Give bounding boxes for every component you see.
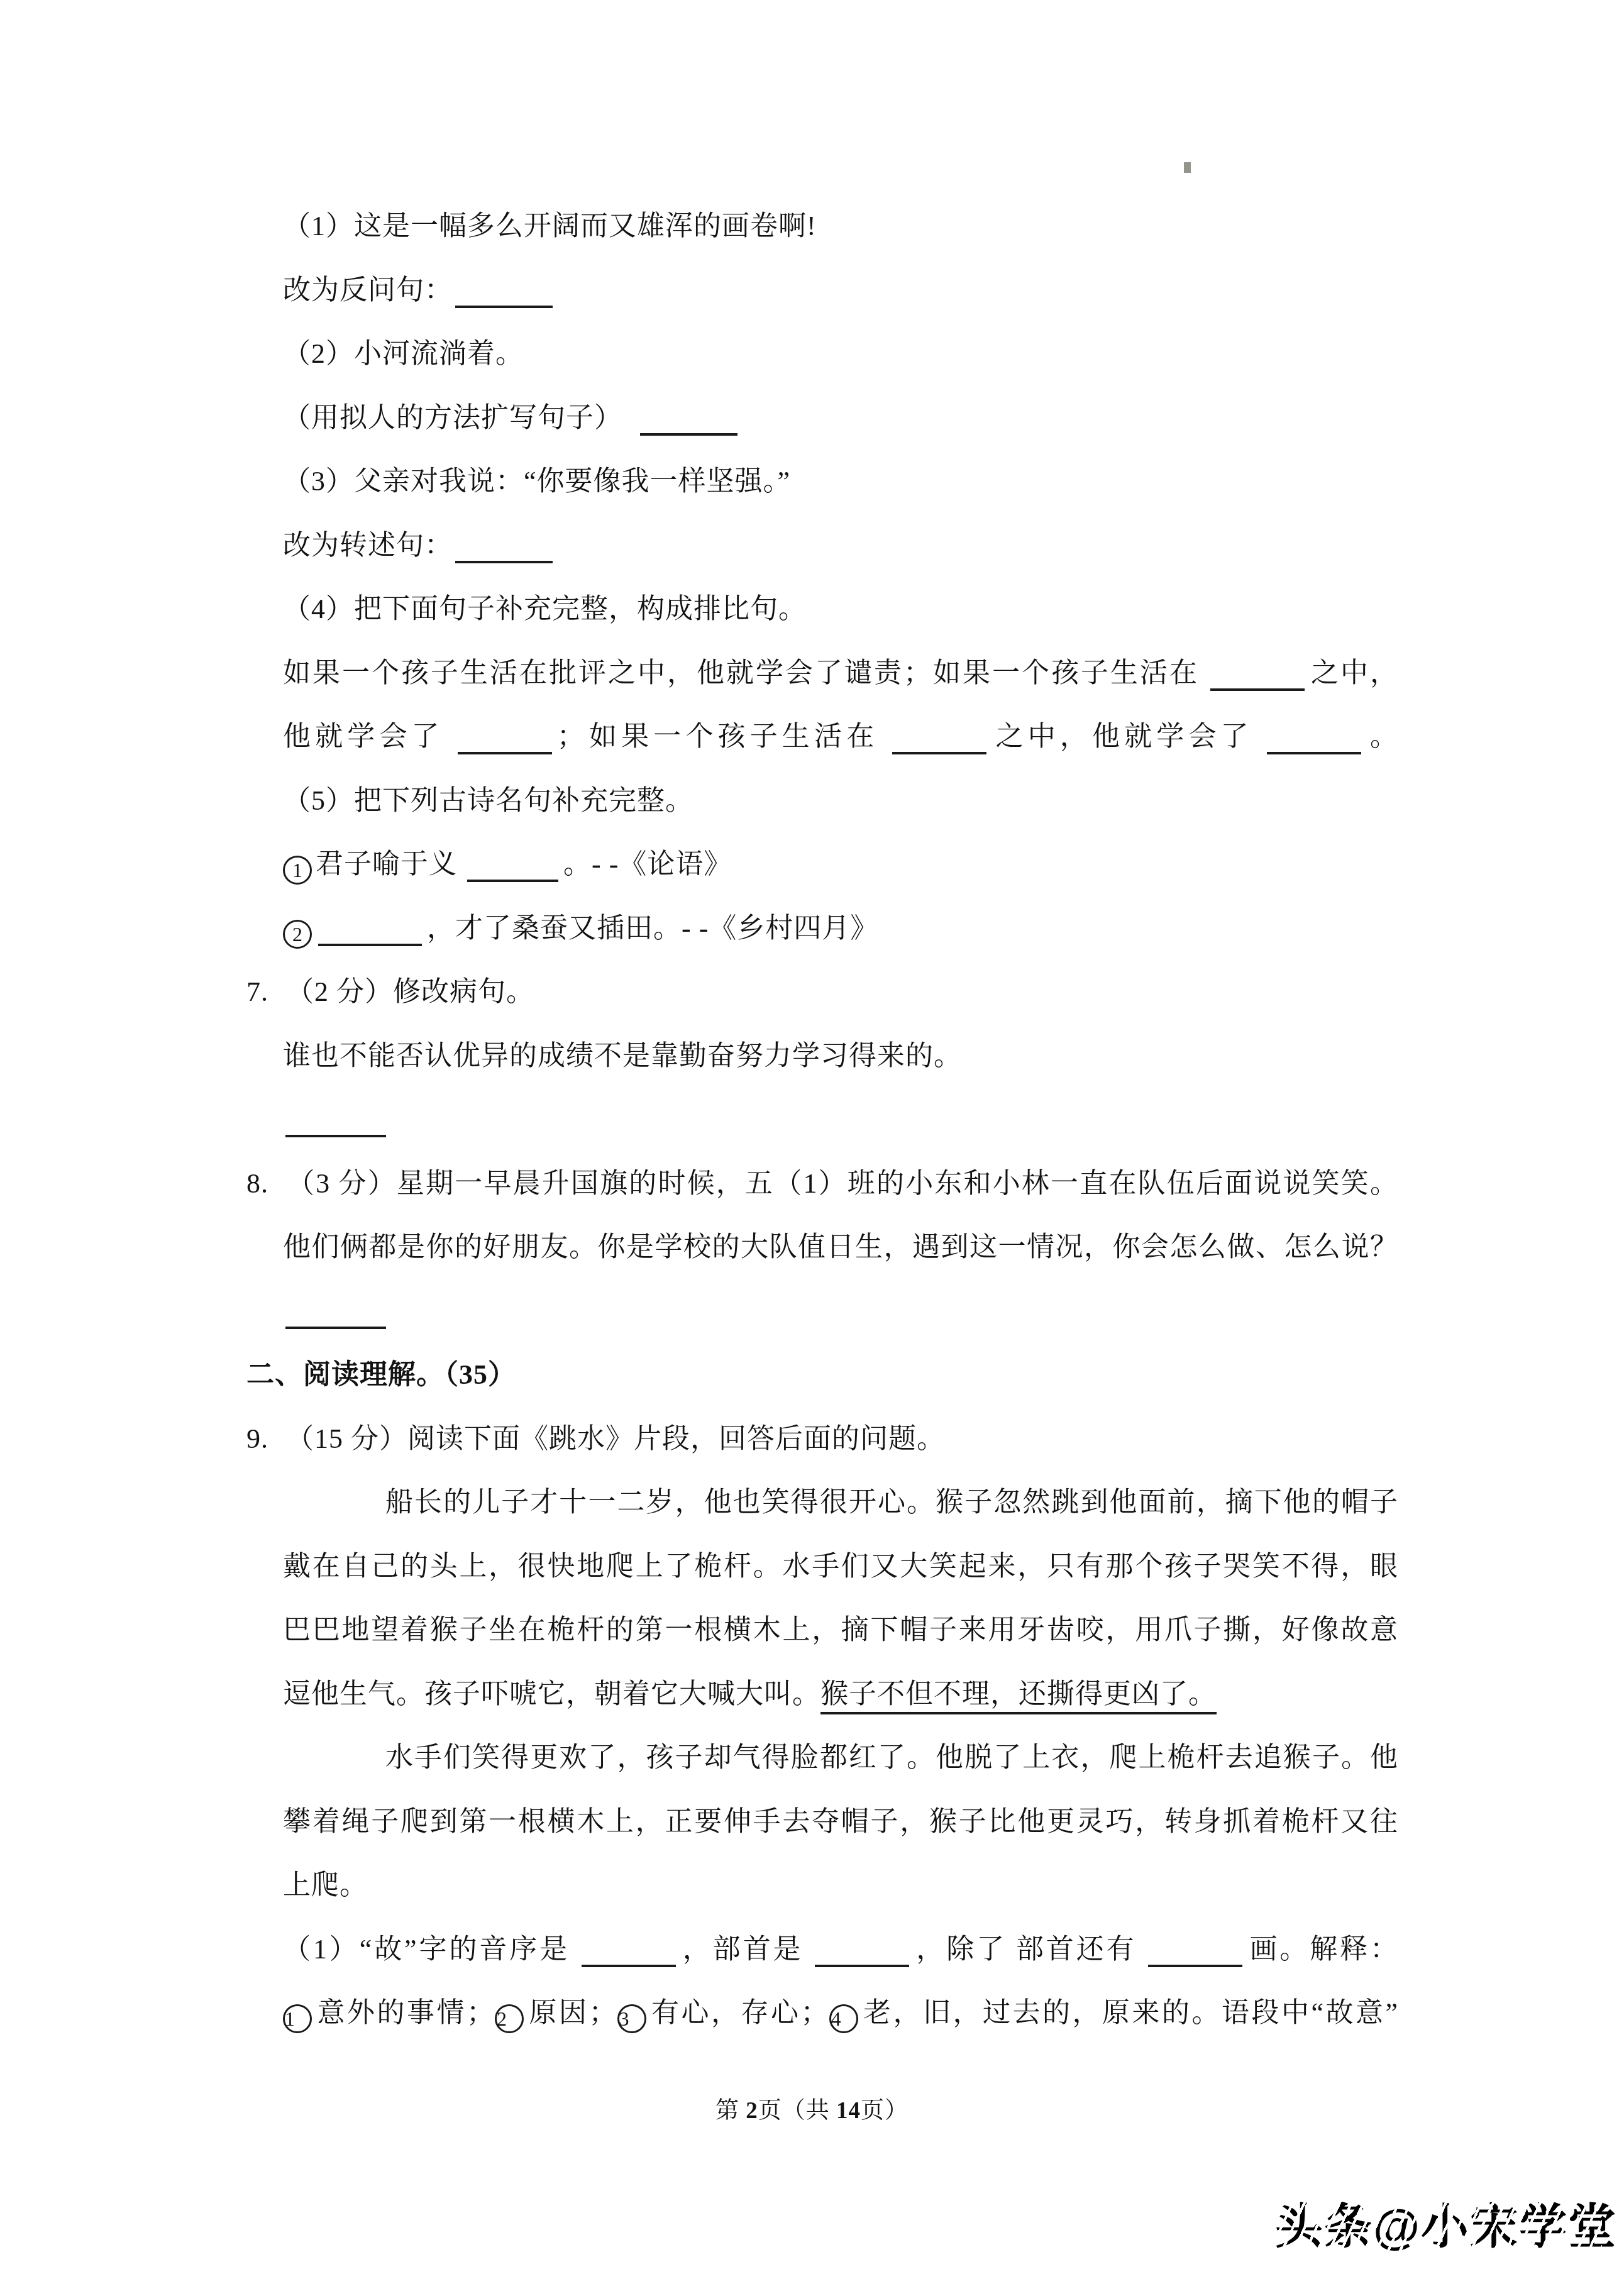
circled-number: 1 <box>283 2004 312 2033</box>
text-run: 第 <box>715 2098 746 2124</box>
document-line: 改为反问句： <box>283 258 1398 323</box>
text-run: 如果一个孩子生活在批评之中，他就学会了谴责；如果一个孩子生活在 <box>283 658 1208 688</box>
document-line: 9.（15 分）阅读下面《跳水》片段，回答后面的问题。 <box>246 1407 1398 1471</box>
document-line: 2，才了桑蚕又插田。- -《乡村四月》 <box>283 897 1398 961</box>
text-run: （3 分）星期一早晨升国旗的时候，五（1）班的小东和小林一直在队伍后面说说笑笑。 <box>286 1168 1398 1199</box>
text-run: 改为转述句： <box>283 530 453 561</box>
text-run: 上爬。 <box>283 1870 368 1901</box>
document-line: 他就学会了 ；如果一个孩子生活在 之中，他就学会了 。 <box>283 705 1398 769</box>
document-line: （2）小河流淌着。 <box>283 322 1398 386</box>
text-run: 攀着绳子爬到第一根横木上，正要伸手去夺帽子，猴子比他更灵巧，转身抓着桅杆又往 <box>283 1806 1398 1837</box>
document-line: 1意外的事情；2原因；3有心，存心；4老，旧，过去的，原来的。语段中“故意” <box>283 1981 1398 2045</box>
answer-blank <box>892 727 986 754</box>
document-line: （3）父亲对我说：“你要像我一样坚强。” <box>283 450 1398 514</box>
document-line: 改为转述句： <box>283 514 1398 578</box>
document-line: （1）这是一幅多么开阔而又雄浑的画卷啊! <box>283 194 1398 258</box>
document-content: （1）这是一幅多么开阔而又雄浑的画卷啊!改为反问句：（2）小河流淌着。（用拟人的… <box>246 194 1398 2045</box>
text-run: （2 分）修改病句。 <box>286 976 534 1007</box>
circled-number: 2 <box>283 920 312 949</box>
text-run: 2 <box>746 2098 758 2124</box>
text-run: 船长的儿子才十一二岁，他也笑得很开心。猴子忽然跳到他面前，摘下他的帽子 <box>385 1487 1398 1518</box>
answer-blank <box>582 1940 676 1967</box>
document-line: （5）把下列古诗名句补充完整。 <box>283 769 1398 833</box>
document-line <box>283 1088 1398 1152</box>
text-run: 页） <box>861 2098 909 2124</box>
text-run: 老，旧，过去的，原来的。语段中“故意” <box>862 1997 1399 2028</box>
scan-artifact-speck <box>1184 162 1191 173</box>
text-run: 他们俩都是你的好朋友。你是学校的大队值日生，遇到这一情况，你会怎么做、怎么说？ <box>283 1232 1398 1262</box>
answer-blank <box>1267 727 1361 754</box>
text-run: 。 <box>1366 721 1398 752</box>
text-run: （5）把下列古诗名句补充完整。 <box>283 785 693 816</box>
exam-paper-page: （1）这是一幅多么开阔而又雄浑的画卷啊!改为反问句：（2）小河流淌着。（用拟人的… <box>0 0 1624 2296</box>
text-run: 。- -《论语》 <box>563 849 732 880</box>
text-run: 他就学会了 <box>283 721 455 752</box>
document-line: 7.（2 分）修改病句。 <box>246 960 1398 1024</box>
answer-blank <box>640 408 737 436</box>
document-line: 戴在自己的头上，很快地爬上了桅杆。水手们又大笑起来，只有那个孩子哭笑不得，眼 <box>283 1535 1398 1599</box>
text-run: 改为反问句： <box>283 275 453 306</box>
document-line: 二、阅读理解。（35） <box>246 1343 1398 1407</box>
text-run: ，除了 部首还有 <box>914 1934 1146 1965</box>
document-line: 8.（3 分）星期一早晨升国旗的时候，五（1）班的小东和小林一直在队伍后面说说笑… <box>246 1152 1398 1216</box>
text-run: 谁也不能否认优异的成绩不是靠勤奋努力学习得来的。 <box>283 1040 962 1071</box>
text-run: ，部首是 <box>681 1934 812 1965</box>
answer-blank <box>1210 663 1305 691</box>
document-line: 1君子喻于义 。- -《论语》 <box>283 832 1398 897</box>
circled-number: 1 <box>283 856 312 885</box>
page-footer: 第 2页（共 14页） <box>0 2089 1624 2134</box>
document-line: 攀着绳子爬到第一根横木上，正要伸手去夺帽子，猴子比他更灵巧，转身抓着桅杆又往 <box>283 1790 1398 1854</box>
answer-blank <box>318 919 422 946</box>
watermark: 头条@小宋学堂 <box>1275 2193 1602 2262</box>
text-run: （2）小河流淌着。 <box>283 338 524 369</box>
text-run: 逗他生气。孩子吓唬它，朝着它大喊大叫。 <box>283 1679 820 1709</box>
document-line: （4）把下面句子补充完整，构成排比句。 <box>283 577 1398 641</box>
document-line <box>283 1279 1398 1344</box>
text-run: （1）“故”字的音序是 <box>283 1934 579 1965</box>
answer-blank <box>458 727 552 754</box>
document-line: （1）“故”字的音序是 ，部首是 ，除了 部首还有 画。解释： <box>283 1918 1398 1982</box>
circled-number: 3 <box>617 2004 646 2033</box>
text-run: 君子喻于义 <box>316 849 465 880</box>
question-number: 7. <box>246 976 268 1007</box>
text-run: （15 分）阅读下面《跳水》片段，回答后面的问题。 <box>286 1423 945 1454</box>
document-line: 逗他生气。孩子吓唬它，朝着它大喊大叫。猴子不但不理，还撕得更凶了。 <box>283 1662 1398 1726</box>
text-run: 二、阅读理解。（35） <box>246 1359 516 1390</box>
answer-blank <box>1148 1940 1242 1967</box>
text-run: （3）父亲对我说：“你要像我一样坚强。” <box>283 466 790 497</box>
text-run: 意外的事情； <box>316 1997 495 2028</box>
document-line: 上爬。 <box>283 1853 1398 1918</box>
document-line: 船长的儿子才十一二岁，他也笑得很开心。猴子忽然跳到他面前，摘下他的帽子 <box>283 1471 1398 1535</box>
text-run: 水手们笑得更欢了，孩子却气得脸都红了。他脱了上衣，爬上桅杆去追猴子。他 <box>385 1742 1398 1773</box>
text-run: 画。解释： <box>1247 1934 1398 1965</box>
text-run: 戴在自己的头上，很快地爬上了桅杆。水手们又大笑起来，只有那个孩子哭笑不得，眼 <box>283 1551 1398 1582</box>
document-line: 水手们笑得更欢了，孩子却气得脸都红了。他脱了上衣，爬上桅杆去追猴子。他 <box>283 1726 1398 1790</box>
circled-number: 2 <box>495 2004 524 2033</box>
text-run: 原因； <box>528 1997 617 2028</box>
answer-blank <box>455 536 553 563</box>
document-line: 谁也不能否认优异的成绩不是靠勤奋努力学习得来的。 <box>283 1024 1398 1088</box>
answer-blank <box>285 1110 386 1137</box>
document-line: 如果一个孩子生活在批评之中，他就学会了谴责；如果一个孩子生活在 之中， <box>283 641 1398 705</box>
text-run: （用拟人的方法扩写句子） <box>283 402 638 433</box>
text-run: 之中，他就学会了 <box>992 721 1264 752</box>
answer-blank <box>815 1940 909 1967</box>
document-line: （用拟人的方法扩写句子） <box>283 386 1398 450</box>
text-run: 巴巴地望着猴子坐在桅杆的第一根横木上，摘下帽子来用牙齿咬，用爪子撕，好像故意 <box>283 1614 1398 1645</box>
question-number: 8. <box>246 1168 268 1199</box>
text-run: ；如果一个孩子生活在 <box>557 721 890 752</box>
document-line: 他们俩都是你的好朋友。你是学校的大队值日生，遇到这一情况，你会怎么做、怎么说？ <box>283 1215 1398 1279</box>
text-run: 有心，存心； <box>650 1997 829 2028</box>
question-number: 9. <box>246 1423 268 1454</box>
underlined-text: 猴子不但不理，还撕得更凶了。 <box>820 1679 1217 1709</box>
text-run: 14 <box>836 2098 861 2124</box>
text-run: 之中， <box>1310 658 1398 688</box>
answer-blank <box>455 280 553 308</box>
answer-blank <box>285 1301 386 1329</box>
text-run: ，才了桑蚕又插田。- -《乡村四月》 <box>427 913 878 944</box>
text-run: 页（共 <box>758 2098 836 2124</box>
text-run: （1）这是一幅多么开阔而又雄浑的画卷啊! <box>283 211 817 241</box>
document-line: 巴巴地望着猴子坐在桅杆的第一根横木上，摘下帽子来用牙齿咬，用爪子撕，好像故意 <box>283 1598 1398 1662</box>
answer-blank <box>467 854 558 882</box>
circled-number: 4 <box>829 2004 858 2033</box>
text-run: （4）把下面句子补充完整，构成排比句。 <box>283 593 807 624</box>
